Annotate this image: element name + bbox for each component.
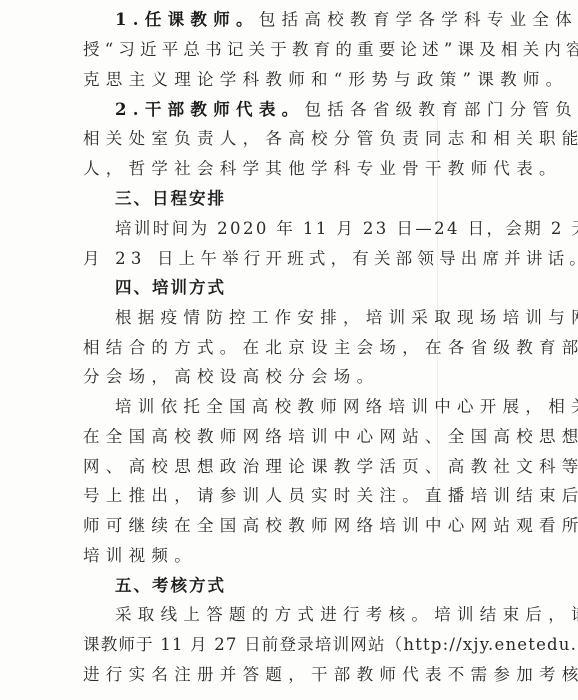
method-p2-line-6: 培训视频。: [83, 545, 508, 567]
item-1-line-2: 授“习近平总书记关于教育的重要论述”课及相关内容的马: [83, 39, 508, 61]
item-1-line-3: 克思主义理论学科教师和“形势与政策”课教师。: [83, 69, 508, 91]
assessment-line-1: 采取线上答题的方式进行考核。培训结束后，请全体任: [115, 604, 510, 626]
method-p2-line-3: 网、高校思想政治理论课教学活页、高教社文科等微信订阅: [83, 456, 508, 478]
method-p2-line-1: 培训依托全国高校教师网络培训中心开展，相关信息将: [115, 396, 510, 418]
method-p2-line-5: 师可继续在全国高校教师网络培训中心网站观看所有课程: [83, 515, 508, 537]
item-1-lead: 1.任课教师。: [115, 10, 259, 29]
item-2-line-1: 2.干部教师代表。包括各省级教育部门分管负责同志和: [115, 99, 510, 121]
method-p1-line-3: 分会场，高校设高校分会场。: [83, 366, 508, 388]
item-1-line-1: 1.任课教师。包括高校教育学各学科专业全体教师，讲: [115, 9, 510, 31]
method-p1-line-2: 相结合的方式。在北京设主会场，在各省级教育部门设省级: [83, 337, 508, 359]
item-1-text: 包括高校教育学各学科专业全体教师，讲: [259, 10, 578, 29]
assessment-line-3: 进行实名注册并答题，干部教师代表不需参加考核。考核合: [83, 664, 508, 686]
method-p1-line-1: 根据疫情防控工作安排，培训采取现场培训与网络直播: [115, 307, 510, 329]
section-heading-assessment: 五、考核方式: [115, 575, 510, 597]
document-page: 1.任课教师。包括高校教育学各学科专业全体教师，讲 授“习近平总书记关于教育的重…: [0, 0, 578, 700]
item-2-line-2: 相关处室负责人，各高校分管负责同志和相关职能部门负责: [83, 128, 508, 150]
method-p2-line-4: 号上推出，请参训人员实时关注。直播培训结束后，任课教: [83, 485, 508, 507]
method-p2-line-2: 在全国高校教师网络培训中心网站、全国高校思想政治工作: [83, 426, 508, 448]
section-heading-training-method: 四、培训方式: [115, 277, 510, 299]
schedule-line-2: 月 23 日上午举行开班式，有关部领导出席并讲话。: [83, 248, 508, 270]
item-2-lead: 2.干部教师代表。: [115, 100, 304, 119]
item-2-line-3: 人，哲学社会科学其他学科专业骨干教师代表。: [83, 158, 508, 180]
item-2-text: 包括各省级教育部门分管负责同志和: [304, 100, 578, 119]
assessment-line-2: 课教师于 11 月 27 日前登录培训网站（http://xjy.enetedu…: [83, 634, 508, 656]
schedule-line-1: 培训时间为 2020 年 11 月 23 日—24 日，会期 2 天。11: [115, 218, 510, 240]
section-heading-schedule: 三、日程安排: [115, 188, 510, 210]
